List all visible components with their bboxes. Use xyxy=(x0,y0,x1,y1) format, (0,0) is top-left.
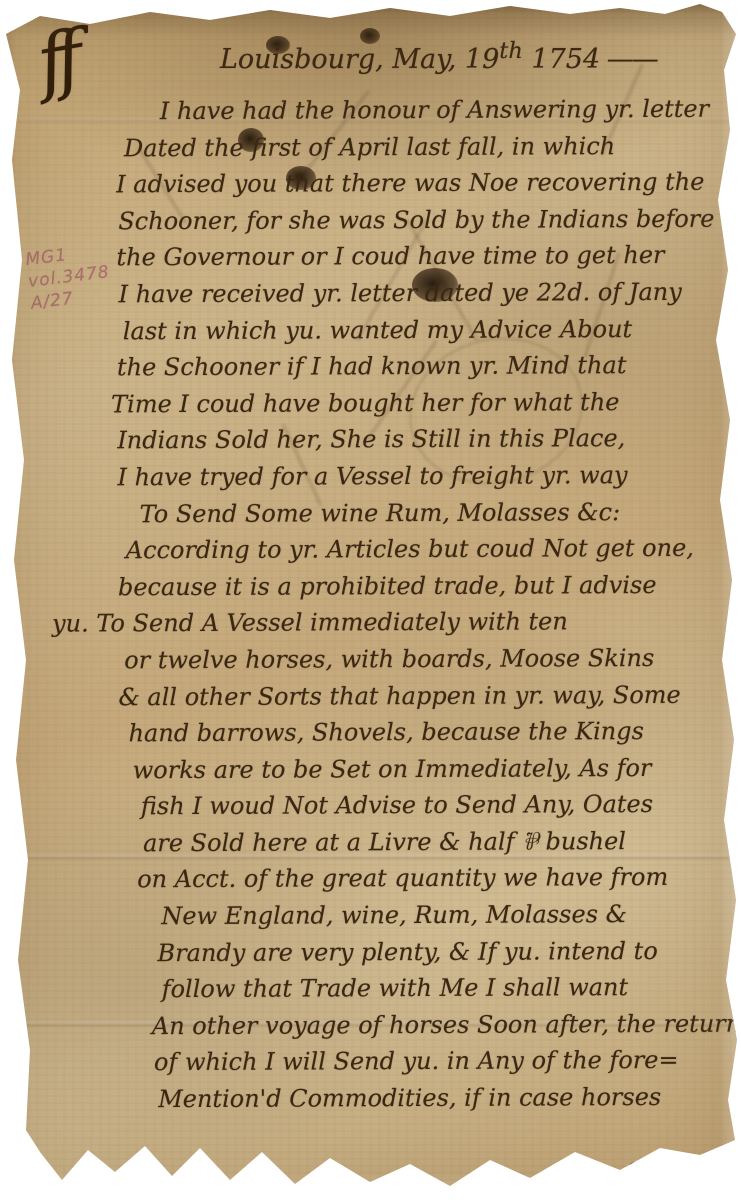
letter-line: follow that Trade with Me I shall want xyxy=(162,969,720,1008)
letter-line: fish I woud Not Advise to Send Any, Oate… xyxy=(141,786,719,825)
letter-line: Mention'd Commodities, if in case horses xyxy=(158,1079,720,1118)
dateline-superscript: th xyxy=(499,38,523,64)
ink-blot xyxy=(16,1146,24,1152)
letter-line: works are to be Set on Immediately, As f… xyxy=(133,749,719,788)
letter-line: & all other Sorts that happen in yr. way… xyxy=(118,676,718,715)
letter-line: An other voyage of horses Soon after, th… xyxy=(152,1006,720,1045)
dateline-year: 1754 xyxy=(523,44,600,75)
dateline-dash: —— xyxy=(600,44,657,75)
letter-line: Dated the first of April last fall, in w… xyxy=(124,127,716,166)
dateline-place-date: Louisbourg, May, 19 xyxy=(220,44,499,75)
letter-body: I have had the honour of Answering yr. l… xyxy=(116,91,720,1118)
letter-line: I have had the honour of Answering yr. l… xyxy=(160,91,716,130)
letter-line: yu. To Send A Vessel immediately with te… xyxy=(52,603,718,642)
letter-line: the Governour or I coud have time to get… xyxy=(116,237,716,276)
dateline: Louisbourg, May, 19th 1754 —— xyxy=(220,38,657,75)
letter-line: Indians Sold her, She is Still in this P… xyxy=(117,420,717,459)
letter-line: last in which yu. wanted my Advice About xyxy=(123,310,717,349)
letter-line: or twelve horses, with boards, Moose Ski… xyxy=(124,640,718,679)
letter-line: are Sold here at a Livre & half ⅌ bushel xyxy=(143,823,719,862)
letter-line: Time I coud have bought her for what the xyxy=(111,383,717,422)
letter-line: of which I will Send yu. in Any of the f… xyxy=(154,1042,720,1081)
letter-line: According to yr. Articles but coud Not g… xyxy=(126,530,718,569)
archival-reference: MG1 vol.3478 A/27 xyxy=(24,239,113,314)
letter-line: New England, wine, Rum, Molasses & xyxy=(161,896,719,935)
letter-line: I advised you that there was Noe recover… xyxy=(116,164,716,203)
ink-blot xyxy=(628,1162,644,1174)
letter-line: To Send Some wine Rum, Molasses &c: xyxy=(140,493,718,532)
letter-line: hand barrows, Shovels, because the Kings xyxy=(128,713,718,752)
letter-line: I have received yr. letter dated ye 22d.… xyxy=(119,274,717,313)
letter-sheet: ff MG1 vol.3478 A/27 Louisbourg, May, 19… xyxy=(0,0,741,1202)
letter-line: Schooner, for she was Sold by the Indian… xyxy=(118,200,716,239)
letter-line: because it is a prohibited trade, but I … xyxy=(118,566,718,605)
pen-flourish-mark: ff xyxy=(31,16,80,107)
letter-line: on Acct. of the great quantity we have f… xyxy=(137,859,719,898)
letter-line: the Schooner if I had known yr. Mind tha… xyxy=(117,347,717,386)
letter-line: Brandy are very plenty, & If yu. intend … xyxy=(157,932,719,971)
ink-blot xyxy=(664,1172,674,1180)
letter-line: I have tryed for a Vessel to freight yr.… xyxy=(117,457,717,496)
